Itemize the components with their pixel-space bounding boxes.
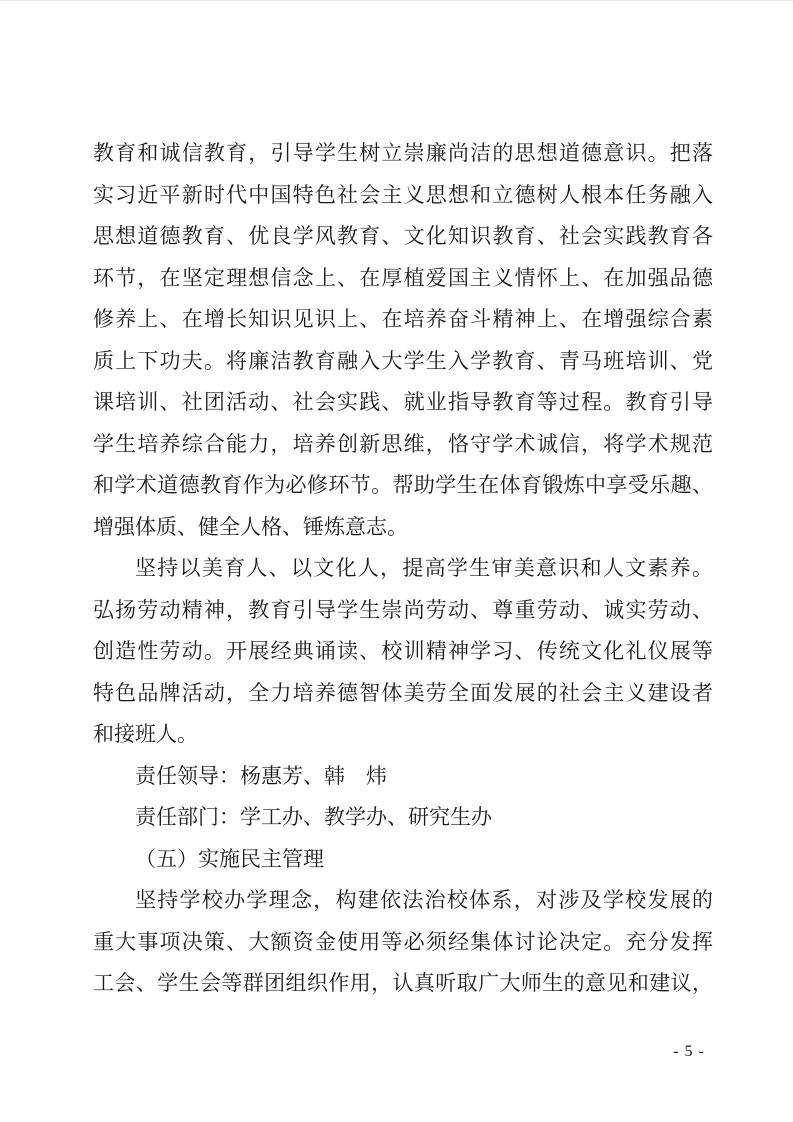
text-line: 学生培养综合能力，培养创新思维，恪守学术诚信，将学术规范 xyxy=(93,424,713,466)
text-line: 和学术道德教育作为必修环节。帮助学生在体育锻炼中享受乐趣、 xyxy=(93,465,713,507)
text-line: 教育和诚信教育，引导学生树立崇廉尚洁的思想道德意识。把落 xyxy=(93,133,713,175)
heading-or-duty-line: 责任领导：杨惠芳、韩 炜 xyxy=(93,756,713,798)
page-number: - 5 - xyxy=(650,1042,728,1062)
heading-or-duty-line: （五）实施民主管理 xyxy=(93,839,713,881)
text-line: 环节，在坚定理想信念上、在厚植爱国主义情怀上、在加强品德 xyxy=(93,258,713,300)
text-line: 弘扬劳动精神，教育引导学生崇尚劳动、尊重劳动、诚实劳动、 xyxy=(93,590,713,632)
text-line: 重大事项决策、大额资金使用等必须经集体讨论决定。充分发挥 xyxy=(93,922,713,964)
heading-or-duty-line: 责任部门：学工办、教学办、研究生办 xyxy=(93,797,713,839)
text-line: 课培训、社团活动、社会实践、就业指导教育等过程。教育引导 xyxy=(93,382,713,424)
text-line: 实习近平新时代中国特色社会主义思想和立德树人根本任务融入 xyxy=(93,175,713,217)
text-line: 坚持学校办学理念，构建依法治校体系，对涉及学校发展的 xyxy=(93,880,713,922)
text-line: 坚持以美育人、以文化人，提高学生审美意识和人文素养。 xyxy=(93,548,713,590)
text-line: 工会、学生会等群团组织作用，认真听取广大师生的意见和建议， xyxy=(93,963,713,1005)
text-line: 特色品牌活动，全力培养德智体美劳全面发展的社会主义建设者 xyxy=(93,673,713,715)
text-line: 增强体质、健全人格、锤炼意志。 xyxy=(93,507,713,549)
document-body: 教育和诚信教育，引导学生树立崇廉尚洁的思想道德意识。把落实习近平新时代中国特色社… xyxy=(93,133,713,1005)
text-line: 修养上、在增长知识见识上、在培养奋斗精神上、在增强综合素 xyxy=(93,299,713,341)
document-page: 教育和诚信教育，引导学生树立崇廉尚洁的思想道德意识。把落实习近平新时代中国特色社… xyxy=(0,0,793,1122)
text-line: 创造性劳动。开展经典诵读、校训精神学习、传统文化礼仪展等 xyxy=(93,631,713,673)
text-line: 质上下功夫。将廉洁教育融入大学生入学教育、青马班培训、党 xyxy=(93,341,713,383)
text-line: 思想道德教育、优良学风教育、文化知识教育、社会实践教育各 xyxy=(93,216,713,258)
text-line: 和接班人。 xyxy=(93,714,713,756)
